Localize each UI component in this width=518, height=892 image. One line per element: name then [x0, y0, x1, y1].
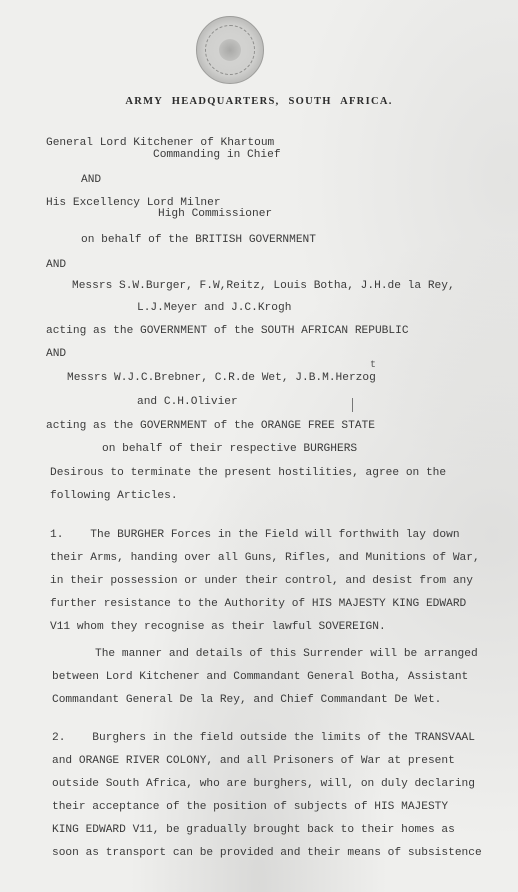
document-header: ARMY HEADQUARTERS, SOUTH AFRICA.	[0, 96, 518, 107]
article-1-line: V11 whom they recognise as their lawful …	[50, 621, 386, 633]
party-line: acting as the GOVERNMENT of the SOUTH AF…	[46, 325, 409, 337]
article-1-line: The manner and details of this Surrender…	[95, 648, 478, 660]
pen-mark	[352, 398, 353, 412]
seal-emblem-icon	[196, 16, 264, 84]
article-1-line: between Lord Kitchener and Commandant Ge…	[52, 671, 468, 683]
party-line: General Lord Kitchener of Khartoum	[46, 137, 274, 149]
party-line: and C.H.Olivier	[137, 396, 238, 408]
article-1-line: in their possession or under their contr…	[50, 575, 473, 587]
article-2-line: outside South Africa, who are burghers, …	[52, 778, 475, 790]
article-1-line: further resistance to the Authority of H…	[50, 598, 466, 610]
preamble-line: Desirous to terminate the present hostil…	[50, 467, 446, 479]
insertion-mark: t	[370, 360, 376, 371]
party-line: Messrs S.W.Burger, F.W,Reitz, Louis Both…	[72, 280, 455, 292]
party-title: High Commissioner	[158, 208, 272, 220]
party-title: Commanding in Chief	[153, 149, 281, 161]
article-2-line: soon as transport can be provided and th…	[52, 847, 482, 859]
conjunction: AND	[46, 348, 66, 360]
conjunction: AND	[46, 259, 66, 271]
preamble-line: following Articles.	[50, 490, 178, 502]
article-1-line: their Arms, handing over all Guns, Rifle…	[50, 552, 480, 564]
article-1-line: Commandant General De la Rey, and Chief …	[52, 694, 441, 706]
article-1-line: 1. The BURGHER Forces in the Field will …	[50, 529, 460, 541]
article-2-line: and ORANGE RIVER COLONY, and all Prisone…	[52, 755, 455, 767]
party-line: L.J.Meyer and J.C.Krogh	[137, 302, 291, 314]
party-line: on behalf of their respective BURGHERS	[102, 443, 357, 455]
conjunction: AND	[81, 174, 101, 186]
article-2-line: their acceptance of the position of subj…	[52, 801, 448, 813]
party-line: on behalf of the BRITISH GOVERNMENT	[81, 234, 316, 246]
document-page: ARMY HEADQUARTERS, SOUTH AFRICA. General…	[0, 0, 518, 892]
article-2-line: KING EDWARD V11, be gradually brought ba…	[52, 824, 455, 836]
article-2-line: 2. Burghers in the field outside the lim…	[52, 732, 475, 744]
party-line: acting as the GOVERNMENT of the ORANGE F…	[46, 420, 375, 432]
party-line: Messrs W.J.C.Brebner, C.R.de Wet, J.B.M.…	[67, 372, 376, 384]
